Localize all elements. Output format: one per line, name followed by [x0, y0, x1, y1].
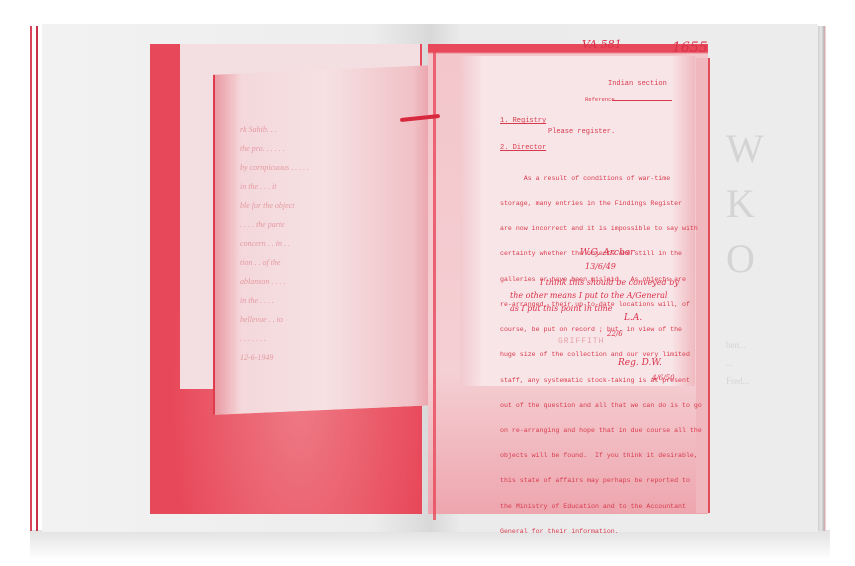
section-heading: Indian section	[608, 80, 667, 88]
ghost-line: ben...	[726, 340, 746, 350]
memo-body: As a result of conditions of war-time st…	[500, 158, 702, 545]
reference-line	[612, 100, 672, 101]
closing-initials: Reg. D.W.	[618, 358, 662, 368]
handwritten-letter-text: rk Sahib. . . the pro. . . . . . by corn…	[240, 120, 410, 390]
ghost-letter: K	[726, 180, 755, 227]
signature-archer: W.G. Archer	[580, 248, 634, 258]
right-page-edge	[818, 26, 826, 531]
registry-note: Please register.	[548, 128, 615, 136]
book-shadow	[30, 530, 830, 560]
received-stamp: GRIFFITH	[558, 338, 604, 346]
ghost-letter: W	[726, 125, 764, 172]
closing-date: 4/6/50	[652, 374, 675, 382]
page-edge-line	[30, 26, 32, 531]
item-director: 2. Director	[500, 144, 546, 152]
reference-label: Reference	[585, 96, 615, 104]
item-registry: 1. Registry	[500, 117, 546, 125]
ghost-letter: O	[726, 235, 755, 282]
signature-date: 13/6/49	[585, 262, 616, 271]
page-edge-line	[36, 26, 38, 531]
minute-initials: L.A.	[624, 313, 642, 323]
ghost-line: ...	[726, 358, 733, 368]
handwritten-minute: I think this should be conveyed by the o…	[540, 276, 679, 315]
minute-date: 22/6	[607, 330, 623, 338]
doc-number: VA 581	[582, 38, 622, 51]
file-tag-string	[433, 50, 436, 520]
ghost-line: Fred...	[726, 376, 749, 386]
folio-number: 1655	[672, 40, 708, 56]
